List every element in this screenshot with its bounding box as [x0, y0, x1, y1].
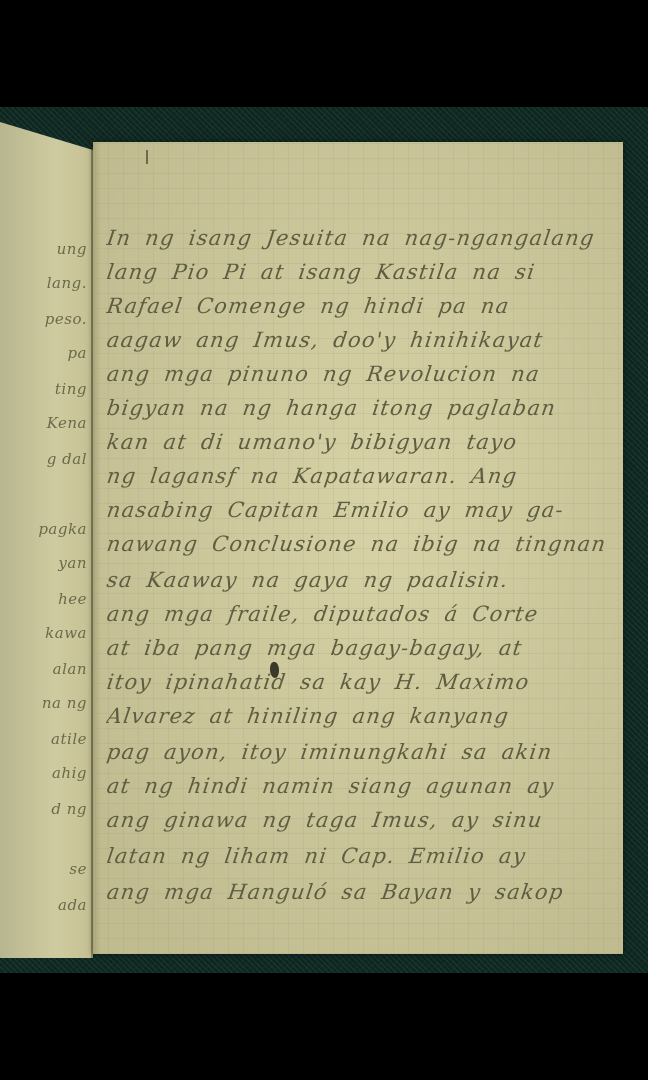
handwritten-line: latan ng liham ni Cap. Emilio ay: [105, 844, 620, 868]
handwritten-page: In ng isang Jesuita na nag-ngangalang la…: [93, 142, 623, 954]
left-page-fragment: ung lang. peso. pa ting Kena g dal pagka…: [0, 122, 93, 958]
left-page-line: pagka: [38, 520, 87, 538]
left-page-line: hee: [58, 590, 87, 608]
left-page-line: kawa: [45, 624, 87, 642]
left-page-line: alan: [53, 660, 87, 678]
handwritten-line: bigyan na ng hanga itong paglaban: [105, 396, 620, 420]
handwritten-line: ang mga pinuno ng Revolucion na: [105, 362, 620, 386]
left-page-line: pa: [67, 344, 87, 362]
left-page-line: ung: [57, 240, 87, 258]
left-page-line: ting: [55, 380, 87, 398]
left-page-line: peso.: [45, 310, 87, 328]
handwritten-line: ang ginawa ng taga Imus, ay sinu: [105, 808, 620, 832]
handwritten-line: aagaw ang Imus, doo'y hinihikayat: [105, 328, 620, 352]
handwritten-line: pag ayon, itoy iminungkahi sa akin: [105, 740, 620, 764]
handwritten-line: In ng isang Jesuita na nag-ngangalang: [105, 226, 620, 250]
handwritten-line: at ng hindi namin siang agunan ay: [105, 774, 620, 798]
left-page-line: ahig: [52, 764, 87, 782]
handwritten-line: itoy ipinahatid sa kay H. Maximo: [105, 670, 620, 694]
handwritten-line: Rafael Comenge ng hindi pa na: [105, 294, 620, 318]
handwritten-line: ng lagansf na Kapatawaran. Ang: [105, 464, 620, 488]
left-page-line: yan: [58, 554, 87, 572]
handwritten-line: kan at di umano'y bibigyan tayo: [105, 430, 620, 454]
left-page-line: g dal: [47, 450, 87, 468]
ink-mark: [146, 150, 148, 164]
left-page-line: lang.: [47, 274, 87, 292]
handwritten-line: at iba pang mga bagay-bagay, at: [105, 636, 620, 660]
handwritten-line: lang Pio Pi at isang Kastila na si: [105, 260, 620, 284]
handwritten-line: sa Kaaway na gaya ng paalisin.: [105, 568, 620, 592]
handwritten-line: nawang Conclusione na ibig na tingnan: [105, 532, 620, 556]
handwritten-line: ang mga fraile, diputados á Corte: [105, 602, 620, 626]
left-page-line: Kena: [47, 414, 87, 432]
left-page-line: na ng: [42, 694, 87, 712]
handwritten-line: ang mga Hanguló sa Bayan y sakop: [105, 880, 620, 904]
handwritten-line: nasabing Capitan Emilio ay may ga-: [105, 498, 620, 522]
handwritten-line: Alvarez at hiniling ang kanyang: [105, 704, 620, 728]
ink-blot: [270, 662, 279, 678]
left-page-line: se: [69, 860, 87, 878]
left-page-line: d ng: [51, 800, 87, 818]
photo-frame: ung lang. peso. pa ting Kena g dal pagka…: [0, 0, 648, 1080]
left-page-line: ada: [58, 896, 87, 914]
left-page-line: atile: [51, 730, 87, 748]
page-gutter-shadow: [93, 142, 101, 954]
